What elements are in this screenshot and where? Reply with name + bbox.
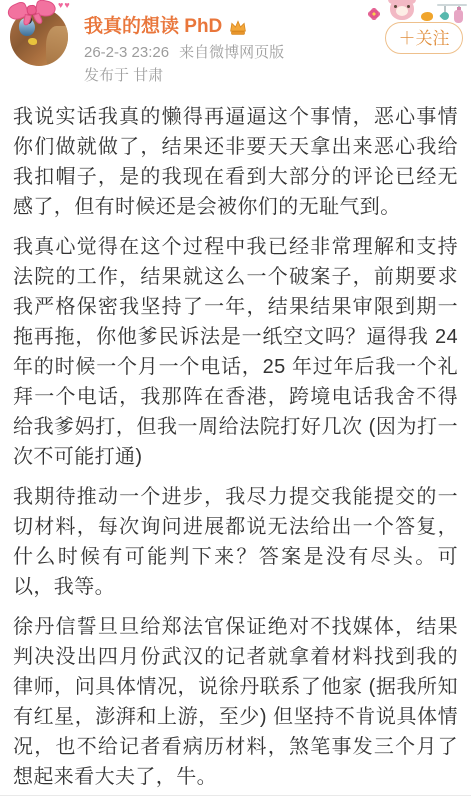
avatar-image-shading xyxy=(46,26,68,66)
hearts-icon: ♥♥ xyxy=(58,0,71,10)
post-header: ♥♥ 我真的想读 PhD 26-2-3 23:26来自微博网页版 发布于 甘肃 xyxy=(0,0,471,100)
post-source[interactable]: 来自微博网页版 xyxy=(179,44,284,61)
avatar-yellow-detail xyxy=(28,38,37,45)
timestamp: 26-2-3 23:26 xyxy=(84,44,169,61)
post-paragraph-1: 我说实话我真的懒得再逼逼这个事情，恶心事情你们做就做了，结果还非要天天拿出来恶心… xyxy=(13,102,458,222)
post-paragraph-4: 徐丹信誓旦旦给郑法官保证绝对不找媒体，结果判决没出四月份武汉的记者就拿着材料找到… xyxy=(13,612,458,792)
post-body: 我说实话我真的懒得再逼逼这个事情，恶心事情你们做就做了，结果还非要天天拿出来恶心… xyxy=(0,100,471,792)
avatar-figure-head xyxy=(24,16,32,24)
follow-button[interactable]: ＋关注 xyxy=(385,22,463,54)
username[interactable]: 我真的想读 PhD xyxy=(84,16,222,38)
avatar[interactable] xyxy=(10,8,68,66)
post-location: 发布于 甘肃 xyxy=(84,67,461,85)
post-paragraph-2: 我真心觉得在这个过程中我已经非常理解和支持法院的工作，结果就这么一个破案子，前期… xyxy=(13,232,458,472)
post-paragraph-3: 我期待推动一个进步，我尽力提交我能提交的一切材料，每次询问进展都说无法给出一个答… xyxy=(13,482,458,602)
member-crown-icon xyxy=(228,18,248,36)
bottom-divider xyxy=(0,795,471,796)
weibo-post-card: ♥♥ 我真的想读 PhD 26-2-3 23:26来自微博网页版 发布于 甘肃 xyxy=(0,0,471,800)
